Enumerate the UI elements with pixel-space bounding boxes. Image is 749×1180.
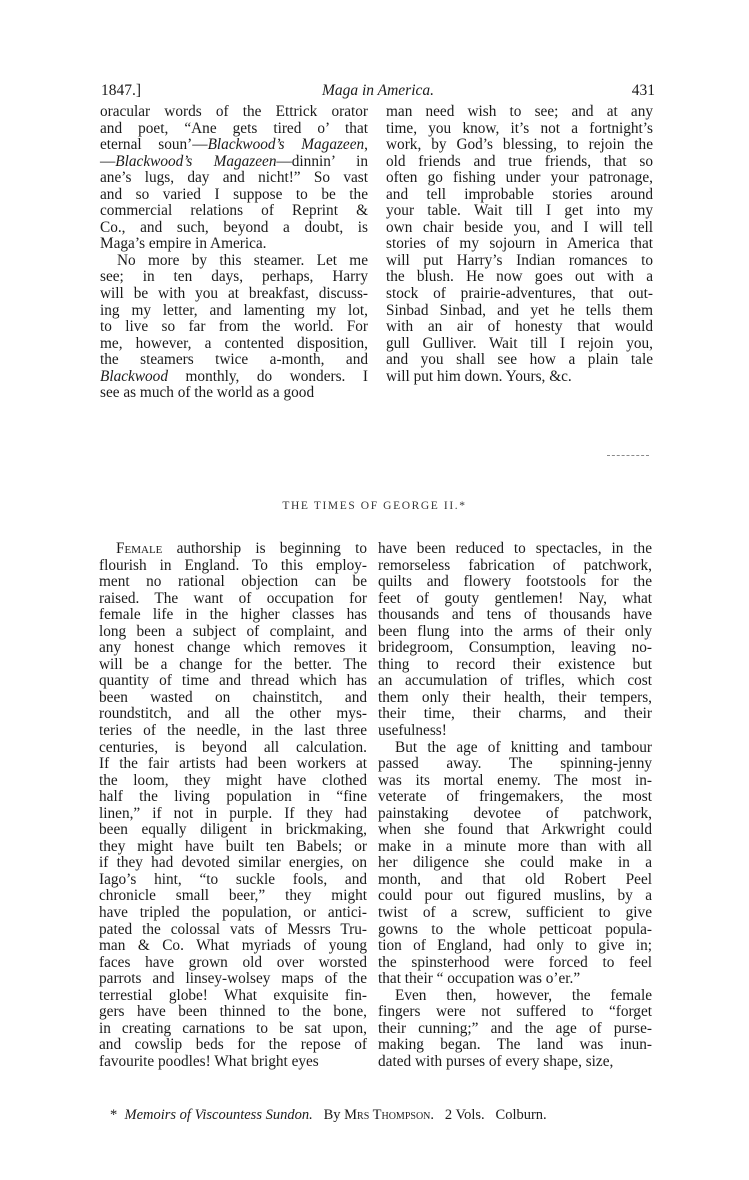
text-line: they might have built ten Babels; or: [99, 839, 367, 856]
text-line: when she found that Arkwright could: [378, 822, 652, 839]
text-line: No more by this steamer. Let me: [100, 253, 368, 270]
text-line: been flung into the arms of their only: [378, 624, 652, 641]
text-line: dated with purses of every shape, size,: [378, 1054, 652, 1071]
text-line: own chair beside you, and I will tell: [386, 220, 653, 237]
text-line: them only their health, their tempers,: [378, 690, 652, 707]
text-line: work, by God’s blessing, to rejoin the: [386, 137, 653, 154]
text-line: parrots and linsey-wolsey maps of the: [99, 971, 367, 988]
text-line: man & Co. What myriads of young: [99, 938, 367, 955]
section1-column-left: oracular words of the Ettrick oratorand …: [100, 104, 368, 402]
text-line: Co., and such, beyond a doubt, is: [100, 220, 368, 237]
text-line: the steamers twice a-month, and: [100, 352, 368, 369]
text-line: often go fishing under your patronage,: [386, 170, 653, 187]
text-line: was its mortal enemy. The most in-: [378, 773, 652, 790]
text-line: painstaking devotee of patchwork,: [378, 806, 652, 823]
text-line: ment no rational objection can be: [99, 574, 367, 591]
text-line: remorseless fabrication of patchwork,: [378, 558, 652, 575]
text-line: her diligence she could make in a: [378, 855, 652, 872]
text-line: and poet, “Ane gets tired o’ that: [100, 121, 368, 138]
text-line: and you shall see how a plain tale: [386, 352, 653, 369]
text-line: linen,” if not in purple. If they had: [99, 806, 367, 823]
text-line: half the living population in “fine: [99, 789, 367, 806]
text-line: twist of a screw, sufficient to give: [378, 905, 652, 922]
text-line: chronicle small beer,” they might: [99, 888, 367, 905]
text-line: gowns to the whole petticoat popula-: [378, 922, 652, 939]
footnote-book-title: Memoirs of Viscountess Sundon.: [125, 1107, 313, 1123]
text-line: long been a subject of complaint, and: [99, 624, 367, 641]
text-line: quilts and flowery footstools for the: [378, 574, 652, 591]
text-line: their cunning;” and the age of purse-: [378, 1021, 652, 1038]
text-line: thing to record their existence but: [378, 657, 652, 674]
text-line: will put him down. Yours, &c.: [386, 369, 653, 386]
running-head-title: Maga in America.: [101, 82, 655, 100]
text-line: the blush. He now goes out with a: [386, 269, 653, 286]
text-line: gull Gulliver. Wait till I rejoin you,: [386, 336, 653, 353]
text-line: faces have grown old over worsted: [99, 955, 367, 972]
text-line: veterate of fringemakers, the most: [378, 789, 652, 806]
text-line: making began. The land was inun-: [378, 1037, 652, 1054]
text-line: terrestial globe! What exquisite fin-: [99, 988, 367, 1005]
text-line: will be with you at breakfast, discuss-: [100, 286, 368, 303]
text-line: bridegroom, Consumption, leaving no-: [378, 640, 652, 657]
text-line: Even then, however, the female: [378, 988, 652, 1005]
text-line: feet of gouty gentlemen! Nay, what: [378, 591, 652, 608]
text-line: pated the colossal vats of Messrs Tru-: [99, 922, 367, 939]
text-line: that their “ occupation was o’er.”: [378, 971, 652, 988]
footnote: * Memoirs of Viscountess Sundon. By Mrs …: [110, 1107, 650, 1124]
text-line: quantity of time and thread which has: [99, 673, 367, 690]
text-line: fingers were not suffered to “forget: [378, 1004, 652, 1021]
text-line: man need wish to see; and at any: [386, 104, 653, 121]
running-head: 1847.] Maga in America. 431: [101, 82, 655, 102]
page-number: 431: [632, 82, 655, 100]
footnote-publisher: Colburn.: [496, 1107, 547, 1123]
article-column-left: Female authorship is beginning toflouris…: [99, 541, 367, 1071]
text-line: commercial relations of Reprint &: [100, 203, 368, 220]
text-line: stock of prairie-adventures, that out-: [386, 286, 653, 303]
text-line: will put Harry’s Indian romances to: [386, 253, 653, 270]
text-line: the loom, they might have clothed: [99, 773, 367, 790]
text-line: an accumulation of trifles, which cost: [378, 673, 652, 690]
text-line: see as much of the world as a good: [100, 385, 368, 402]
footnote-author: Mrs Thompson.: [344, 1107, 434, 1123]
text-line: the spinsterhood were forced to feel: [378, 955, 652, 972]
text-line: been equally diligent in brickmaking,: [99, 822, 367, 839]
article-column-right: have been reduced to spectacles, in ther…: [378, 541, 652, 1071]
text-line: gers have been thinned to the bone,: [99, 1004, 367, 1021]
footnote-volumes: 2 Vols.: [445, 1107, 485, 1123]
text-line: and cowslip beds for the repose of: [99, 1037, 367, 1054]
section-separator: [607, 455, 649, 458]
section1-column-right: man need wish to see; and at anytime, yo…: [386, 104, 653, 385]
footnote-marker: *: [110, 1107, 117, 1123]
text-line: Blackwood monthly, do wonders. I: [100, 369, 368, 386]
text-line: teries of the needle, in the last three: [99, 723, 367, 740]
text-line: stories of my sojourn in America that: [386, 236, 653, 253]
text-line: Female authorship is beginning to: [99, 541, 367, 558]
text-line: flourish in England. To this employ-: [99, 558, 367, 575]
text-line: old friends and true friends, that so: [386, 154, 653, 171]
text-line: ane’s lugs, day and nicht!” So vast: [100, 170, 368, 187]
text-line: and so varied I suppose to be the: [100, 187, 368, 204]
text-line: thousands and tens of thousands have: [378, 607, 652, 624]
text-line: month, and that old Robert Peel: [378, 872, 652, 889]
text-line: to live so far from the world. For: [100, 319, 368, 336]
text-line: see; in ten days, perhaps, Harry: [100, 269, 368, 286]
text-line: raised. The want of occupation for: [99, 591, 367, 608]
article-title: THE TIMES OF GEORGE II.*: [0, 500, 749, 512]
text-line: oracular words of the Ettrick orator: [100, 104, 368, 121]
text-line: —Blackwood’s Magazeen—dinnin’ in: [100, 154, 368, 171]
text-line: me, however, a contented disposition,: [100, 336, 368, 353]
text-line: have tripled the population, or antici-: [99, 905, 367, 922]
text-line: Maga’s empire in America.: [100, 236, 368, 253]
text-line: Sinbad Sinbad, and yet he tells them: [386, 303, 653, 320]
text-line: favourite poodles! What bright eyes: [99, 1054, 367, 1071]
text-line: have been reduced to spectacles, in the: [378, 541, 652, 558]
text-line: ing my letter, and lamenting my lot,: [100, 303, 368, 320]
text-line: roundstitch, and all the other mys-: [99, 706, 367, 723]
text-line: their time, their charms, and their: [378, 706, 652, 723]
text-line: tion of England, had only to give in;: [378, 938, 652, 955]
text-line: with an air of honesty that would: [386, 319, 653, 336]
text-line: female life in the higher classes has: [99, 607, 367, 624]
text-line: If the fair artists had been workers at: [99, 756, 367, 773]
text-line: eternal soun’—Blackwood’s Magazeen,: [100, 137, 368, 154]
text-line: in creating carnations to be sat upon,: [99, 1021, 367, 1038]
text-line: any honest change which removes it: [99, 640, 367, 657]
text-line: your table. Wait till I get into my: [386, 203, 653, 220]
text-line: But the age of knitting and tambour: [378, 740, 652, 757]
text-line: been wasted on chainstitch, and: [99, 690, 367, 707]
text-line: make in a minute more than with all: [378, 839, 652, 856]
text-line: if they had devoted similar energies, on: [99, 855, 367, 872]
text-line: passed away. The spinning-jenny: [378, 756, 652, 773]
text-line: usefulness!: [378, 723, 652, 740]
text-line: Iago’s hint, “to suckle fools, and: [99, 872, 367, 889]
footnote-author-prefix: By: [324, 1107, 341, 1123]
text-line: and tell improbable stories around: [386, 187, 653, 204]
text-line: could pour out figured muslins, by a: [378, 888, 652, 905]
text-line: will be a change for the better. The: [99, 657, 367, 674]
text-line: time, you know, it’s not a fortnight’s: [386, 121, 653, 138]
text-line: centuries, is beyond all calculation.: [99, 740, 367, 757]
document-page: 1847.] Maga in America. 431 oracular wor…: [0, 0, 749, 1180]
